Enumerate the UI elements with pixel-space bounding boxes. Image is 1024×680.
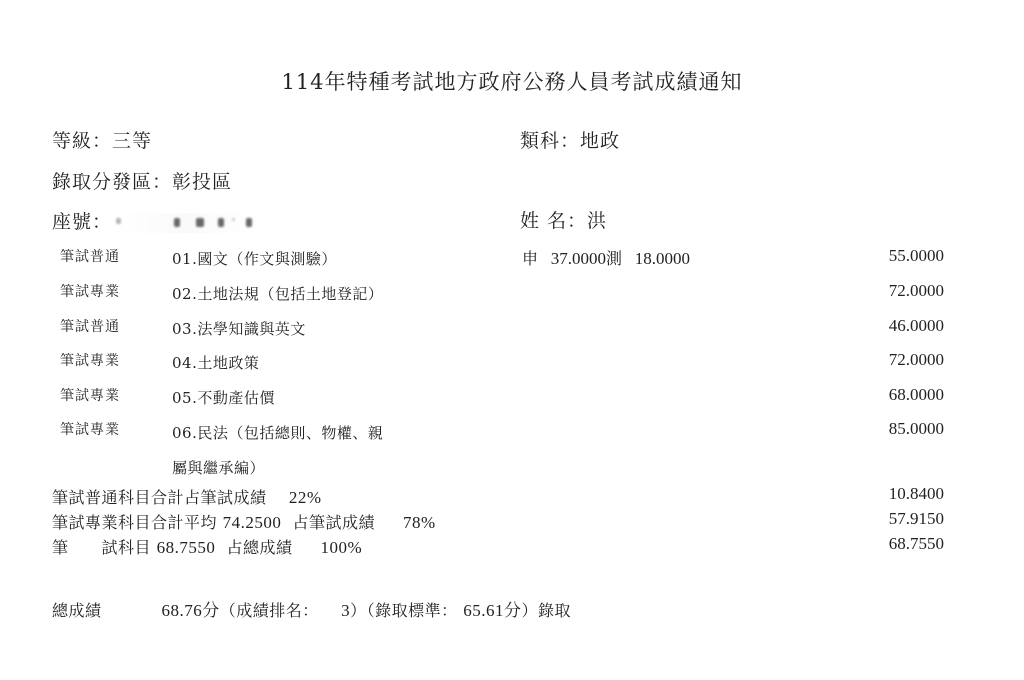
grade-label: 等級： xyxy=(52,130,112,152)
summary-label: 筆試普通科目合計占筆試成績 xyxy=(52,488,267,507)
final-result: 總成績68.76分（成績排名： 3）（錄取標準： 65.61分）錄取 xyxy=(52,596,571,621)
summary-weight-label: 占筆試成績 xyxy=(293,513,376,532)
subject-name: 06.民法（包括總則、物權、親 xyxy=(172,422,383,443)
subject-name: 02.土地法規（包括土地登記） xyxy=(172,283,383,304)
seat-field: 座號： xyxy=(52,207,262,234)
district-field: 錄取分發區：彰投區 xyxy=(52,167,232,194)
subject-score: 85.0000 xyxy=(889,419,944,439)
summary-score: 10.8400 xyxy=(889,484,944,504)
summary-label: 筆 試科目 xyxy=(52,538,151,557)
district-label: 錄取分發區： xyxy=(52,171,172,193)
summary-weight: 78% xyxy=(403,513,436,532)
final-label: 總成績 xyxy=(52,601,102,620)
name-value: 洪 xyxy=(587,210,607,232)
cutoff-close: ） xyxy=(522,601,539,620)
subject-score: 72.0000 xyxy=(889,350,944,370)
admission-result: 錄取 xyxy=(538,601,571,620)
name-label: 姓 名： xyxy=(520,210,587,232)
category-label: 類科： xyxy=(520,130,580,152)
document-title: 114年特種考試地方政府公務人員考試成績通知 xyxy=(0,66,1024,96)
subject-name: 04.土地政策 xyxy=(172,352,259,373)
subject-score: 68.0000 xyxy=(889,385,944,405)
subject-name: 01.國文（作文與測驗） xyxy=(172,248,337,269)
cutoff-value: 65.61分 xyxy=(463,601,521,620)
summary-professional: 筆試專業科目合計平均 74.2500 占筆試成績 78% xyxy=(52,510,436,533)
final-score: 68.76分 xyxy=(162,601,220,620)
summary-written: 筆 試科目 68.7550 占總成績 100% xyxy=(52,535,362,558)
district-value: 彰投區 xyxy=(172,171,232,193)
subject-category: 筆試普通 xyxy=(60,246,120,266)
subject-score: 55.0000 xyxy=(889,246,944,266)
essay-mark: 申 xyxy=(522,249,538,268)
rank-value: 3 xyxy=(341,601,350,620)
summary-weight-label: 占總成績 xyxy=(227,538,293,557)
subject-category: 筆試專業 xyxy=(60,281,120,301)
subject-category: 筆試專業 xyxy=(60,419,120,439)
essay-score: 37.0000 xyxy=(551,249,606,268)
subject-name: 05.不動產估價 xyxy=(172,387,275,408)
category-value: 地政 xyxy=(580,130,620,152)
cutoff-open: （錄取標準： xyxy=(367,601,458,620)
rank-close: ） xyxy=(350,601,367,620)
summary-label: 筆試專業科目合計平均 xyxy=(52,513,217,532)
seat-label: 座號： xyxy=(52,211,112,233)
test-mark: 測 xyxy=(606,249,622,268)
test-score: 18.0000 xyxy=(635,249,690,268)
grade-field: 等級：三等 xyxy=(52,126,152,153)
subject-score: 46.0000 xyxy=(889,316,944,336)
seat-value-redacted xyxy=(112,213,262,233)
subject-name: 03.法學知識與英文 xyxy=(172,318,306,339)
subject-score: 72.0000 xyxy=(889,281,944,301)
subject-detail: 申 37.0000測 18.0000 xyxy=(522,246,690,269)
summary-weight: 100% xyxy=(320,538,362,557)
summary-score: 57.9150 xyxy=(889,509,944,529)
summary-score: 68.7550 xyxy=(889,534,944,554)
summary-general: 筆試普通科目合計占筆試成績 22% xyxy=(52,485,322,508)
subject-name-continued: 屬與繼承編） xyxy=(172,457,265,478)
subject-category: 筆試專業 xyxy=(60,350,120,370)
summary-weight: 22% xyxy=(289,488,322,507)
name-field: 姓 名：洪 xyxy=(520,206,607,233)
subject-category: 筆試專業 xyxy=(60,385,120,405)
grade-value: 三等 xyxy=(112,130,152,152)
category-field: 類科：地政 xyxy=(520,126,620,153)
subject-category: 筆試普通 xyxy=(60,316,120,336)
summary-value: 68.7550 xyxy=(157,538,216,557)
summary-value: 74.2500 xyxy=(223,513,282,532)
rank-open: （成績排名： xyxy=(220,601,319,620)
